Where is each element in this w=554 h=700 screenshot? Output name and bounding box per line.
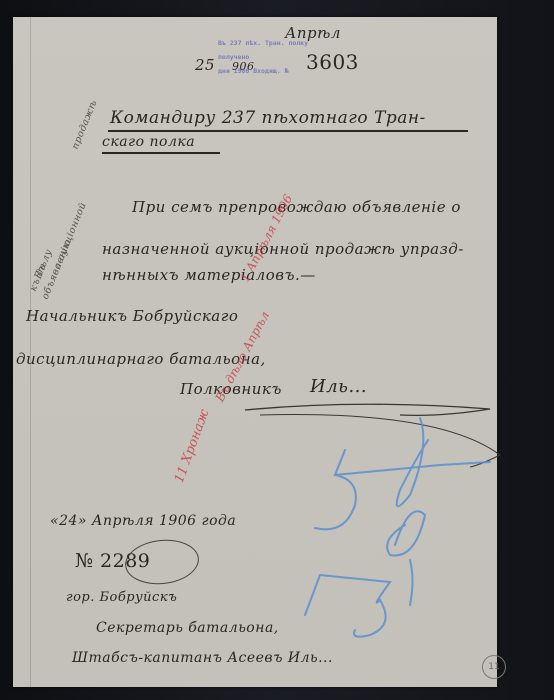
sender-signature: Иль...: [310, 376, 367, 397]
footer-city: гор. Бобруйскъ: [66, 590, 177, 605]
sender-title-line-1: Начальникъ Бобруйскаго: [26, 307, 238, 325]
incoming-number: 3603: [306, 50, 359, 74]
body-line-2: назначенной аукціонной продажѣ упразд-: [102, 240, 464, 258]
secretary-line-1: Секретарь батальона,: [96, 620, 279, 636]
secretary-line-2: Штабсъ-капитанъ Асеевъ Иль...: [72, 650, 333, 666]
sheet-number-stamp: 11: [482, 655, 506, 679]
addressee-line-2: скаго полка: [102, 134, 195, 150]
blue-numbers: 5 2 9 53: [310, 440, 314, 441]
addressee-underline-1: [108, 130, 468, 132]
addressee-line-1: Командиру 237 пѣхотнаго Тран-: [110, 108, 426, 128]
stamp-month: Апрѣл: [285, 24, 341, 42]
footer-number: № 2289: [75, 550, 150, 572]
blue-number-4: 53: [313, 440, 314, 441]
body-line-3: нѣнныхъ матеріаловъ.—: [102, 266, 316, 284]
addressee-underline-2: [102, 152, 220, 154]
stamp-year: 906: [232, 60, 255, 73]
stamp-day: 25: [195, 56, 215, 74]
footer-date: «24» Апрѣля 1906 года: [50, 513, 236, 529]
body-line-1: При семъ препровождаю объявленіе о: [132, 198, 461, 216]
